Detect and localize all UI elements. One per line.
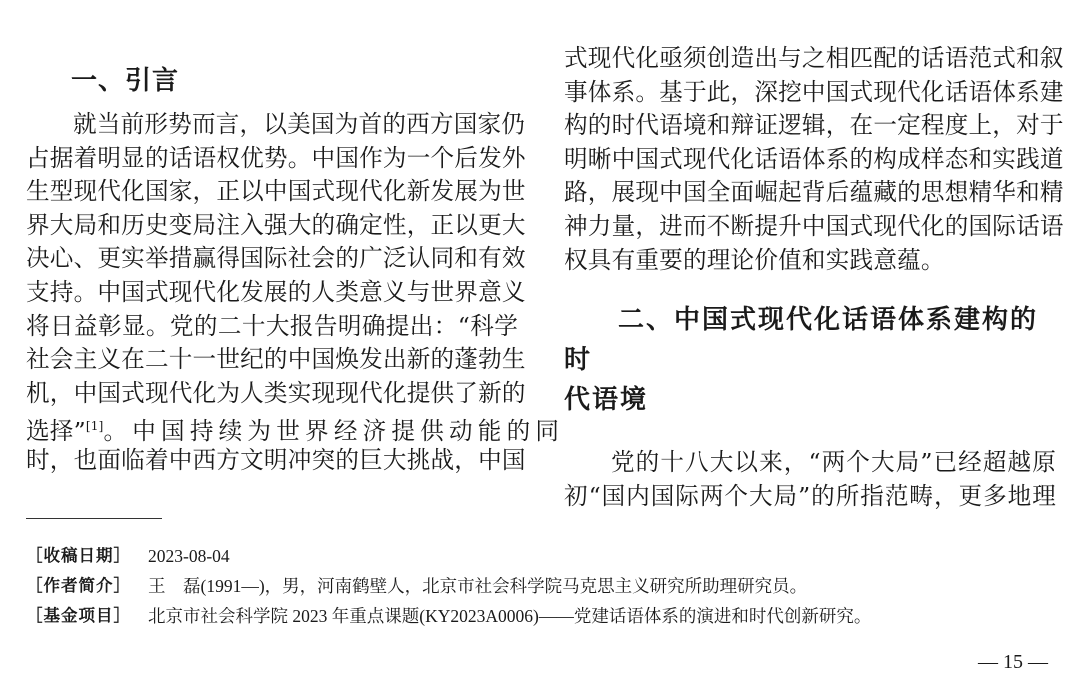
text-line: 式现代化亟须创造出与之相匹配的话语范式和叙 — [564, 42, 1056, 76]
intro-paragraph-continued: 式现代化亟须创造出与之相匹配的话语范式和叙 事体系。基于此，深挖中国式现代化话语… — [564, 42, 1056, 277]
heading-line: 二、中国式现代化话语体系建构的时 — [564, 300, 1056, 380]
footnote-divider — [26, 518, 162, 519]
text-line: 界大局和历史变局注入强大的确定性，正以更大 — [26, 209, 518, 243]
text-line: 占据着明显的话语权优势。中国作为一个后发外 — [26, 142, 518, 176]
text-fragment: 。中国持续为世界经济提供动能的同 — [103, 417, 564, 445]
footnote-value: 北京市社会科学院 2023 年重点课题(KY2023A0006)——党建话语体系… — [148, 601, 871, 631]
section-two-paragraph: 党的十八大以来，“两个大局”已经超越原 初“国内国际两个大局”的所指范畴，更多地… — [564, 446, 1056, 513]
footnote-value: 王 磊(1991—)，男，河南鹤壁人，北京市社会科学院马克思主义研究所助理研究员… — [148, 571, 807, 601]
footnote-received-date: ［收稿日期］ 2023-08-04 — [26, 541, 871, 571]
text-line: 就当前形势而言，以美国为首的西方国家仍 — [26, 108, 518, 142]
text-line: 路，展现中国全面崛起背后蕴藏的思想精华和精 — [564, 176, 1056, 210]
footnote-label: ［基金项目］ — [26, 601, 148, 631]
text-line: 社会主义在二十一世纪的中国焕发出新的蓬勃生 — [26, 343, 518, 377]
footnotes: ［收稿日期］ 2023-08-04 ［作者简介］ 王 磊(1991—)，男，河南… — [26, 541, 871, 631]
text-line: 支持。中国式现代化发展的人类意义与世界意义 — [26, 276, 518, 310]
text-line: 将日益彰显。党的二十大报告明确提出：“科学 — [26, 310, 518, 344]
text-line: 明晰中国式现代化话语体系的构成样态和实践道 — [564, 143, 1056, 177]
text-line-last: 权具有重要的理论价值和实践意蕴。 — [564, 244, 1056, 278]
intro-paragraph: 就当前形势而言，以美国为首的西方国家仍 占据着明显的话语权优势。中国作为一个后发… — [26, 108, 518, 478]
footnote-author-bio: ［作者简介］ 王 磊(1991—)，男，河南鹤壁人，北京市社会科学院马克思主义研… — [26, 571, 871, 601]
right-column: 式现代化亟须创造出与之相匹配的话语范式和叙 事体系。基于此，深挖中国式现代化话语… — [564, 42, 1056, 513]
text-line: 神力量，进而不断提升中国式现代化的国际话语 — [564, 210, 1056, 244]
footnote-funding: ［基金项目］ 北京市社会科学院 2023 年重点课题(KY2023A0006)—… — [26, 601, 871, 631]
text-line: 决心、更实举措赢得国际社会的广泛认同和有效 — [26, 242, 518, 276]
page-number: — 15 — — [978, 651, 1048, 674]
text-line: 时，也面临着中西方文明冲突的巨大挑战，中国 — [26, 444, 518, 478]
text-fragment: 选择” — [26, 417, 86, 445]
heading-line: 代语境 — [564, 380, 1056, 420]
text-line: 党的十八大以来，“两个大局”已经超越原 — [564, 446, 1056, 480]
text-line: 机，中国式现代化为人类实现现代化提供了新的 — [26, 377, 518, 411]
text-line-with-citation: 选择”[1]。中国持续为世界经济提供动能的同 — [26, 410, 518, 444]
footnote-label: ［收稿日期］ — [26, 541, 148, 571]
text-line: 构的时代语境和辩证逻辑，在一定程度上，对于 — [564, 109, 1056, 143]
text-line: 生型现代化国家，正以中国式现代化新发展为世 — [26, 175, 518, 209]
footnote-value: 2023-08-04 — [148, 541, 230, 571]
citation-reference[interactable]: [1] — [86, 419, 104, 433]
section-heading-introduction: 一、引言 — [26, 58, 518, 108]
text-line: 初“国内国际两个大局”的所指范畴，更多地理 — [564, 480, 1056, 514]
left-column: 一、引言 就当前形势而言，以美国为首的西方国家仍 占据着明显的话语权优势。中国作… — [26, 58, 518, 478]
section-heading-two: 二、中国式现代化话语体系建构的时 代语境 — [564, 300, 1056, 420]
text-line: 事体系。基于此，深挖中国式现代化话语体系建 — [564, 76, 1056, 110]
footnote-label: ［作者简介］ — [26, 571, 148, 601]
